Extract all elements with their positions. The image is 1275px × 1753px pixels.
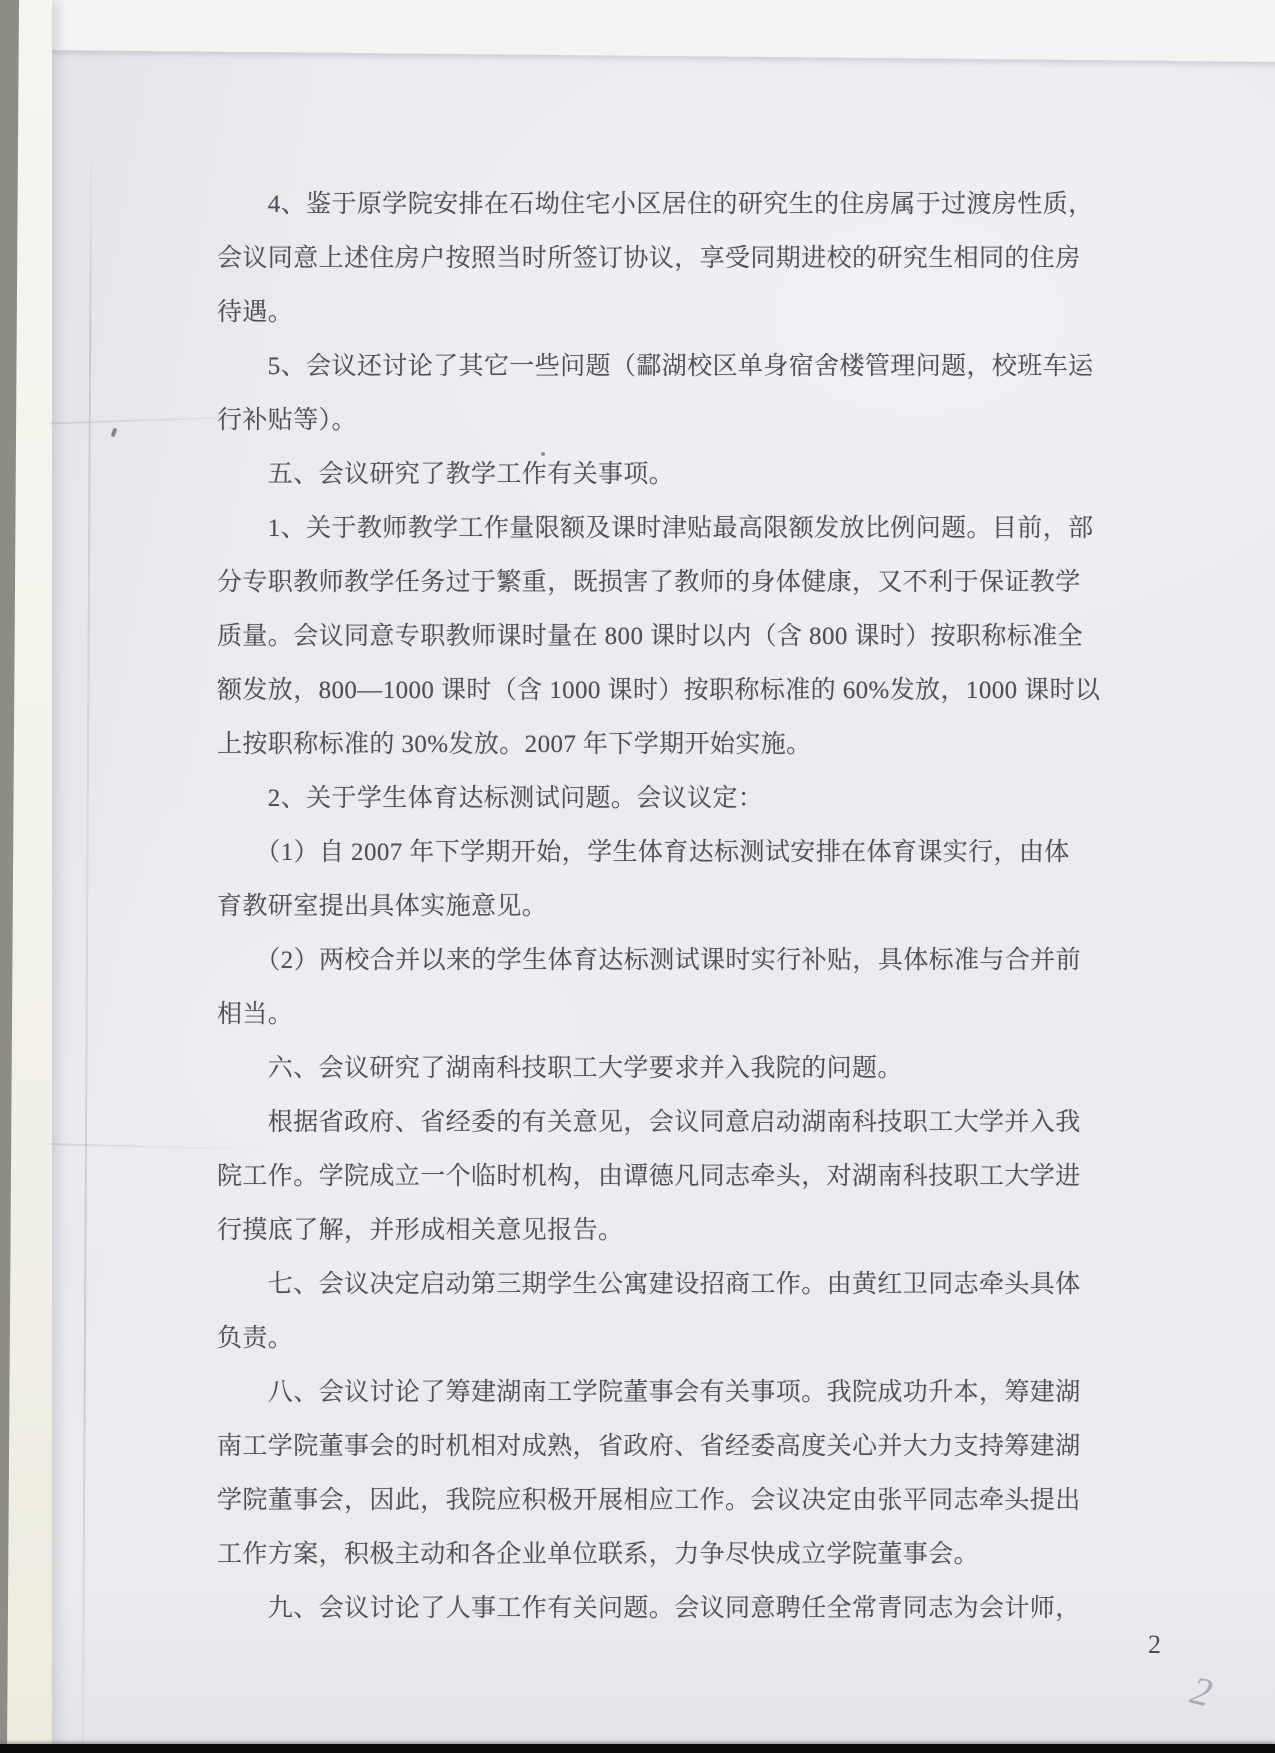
text-line: 七、会议决定启动第三期学生公寓建设招商工作。由黄红卫同志牵头具体 <box>217 1258 1097 1312</box>
text-line: 育教研室提出具体实施意见。 <box>217 880 1097 934</box>
text-line: 1、关于教师教学工作量限额及课时津贴最高限额发放比例问题。目前，部 <box>217 502 1097 556</box>
document-text: 4、鉴于原学院安排在石坳住宅小区居住的研究生的住房属于过渡房性质， 会议同意上述… <box>217 178 1097 1636</box>
handwritten-pencil-mark: 2 <box>1183 1667 1222 1715</box>
text-line: 学院董事会，因此，我院应积极开展相应工作。会议决定由张平同志牵头提出 <box>217 1474 1097 1528</box>
text-line: 2、关于学生体育达标测试问题。会议议定： <box>217 772 1097 826</box>
text-line: 待遇。 <box>217 286 1097 340</box>
text-line: 六、会议研究了湖南科技职工大学要求并入我院的问题。 <box>217 1042 1097 1096</box>
paper-crease-vertical <box>82 140 92 1753</box>
text-line: （1）自 2007 年下学期开始，学生体育达标测试安排在体育课实行，由体 <box>217 826 1097 880</box>
text-line: （2）两校合并以来的学生体育达标测试课时实行补贴，具体标准与合并前 <box>217 934 1097 988</box>
text-line: 根据省政府、省经委的有关意见，会议同意启动湖南科技职工大学并入我 <box>217 1096 1097 1150</box>
text-line: 行摸底了解，并形成相关意见报告。 <box>217 1204 1097 1258</box>
text-line: 五、会议研究了教学工作有关事项。 <box>217 448 1097 502</box>
text-line: 九、会议讨论了人事工作有关问题。会议同意聘任全常青同志为会计师， <box>217 1582 1097 1636</box>
text-line: 分专职教师教学任务过于繁重，既损害了教师的身体健康，又不利于保证教学 <box>217 556 1097 610</box>
scan-top-edge <box>39 0 1275 62</box>
text-line: 4、鉴于原学院安排在石坳住宅小区居住的研究生的住房属于过渡房性质， <box>217 178 1097 232</box>
text-line: 额发放，800—1000 课时（含 1000 课时）按职称标准的 60%发放，1… <box>217 664 1097 718</box>
paper-speck <box>111 428 118 438</box>
text-line: 5、会议还讨论了其它一些问题（酃湖校区单身宿舍楼管理问题，校班车运 <box>217 340 1097 394</box>
text-line: 行补贴等）。 <box>217 394 1097 448</box>
text-line: 相当。 <box>217 988 1097 1042</box>
text-line: 南工学院董事会的时机相对成熟，省政府、省经委高度关心并大力支持筹建湖 <box>217 1420 1097 1474</box>
page-number: 2 <box>1148 1628 1161 1662</box>
text-line: 上按职称标准的 30%发放。2007 年下学期开始实施。 <box>217 718 1097 772</box>
scanned-document-page: 4、鉴于原学院安排在石坳住宅小区居住的研究生的住房属于过渡房性质， 会议同意上述… <box>0 0 1275 1753</box>
text-line: 负责。 <box>217 1312 1097 1366</box>
text-line: 八、会议讨论了筹建湖南工学院董事会有关事项。我院成功升本，筹建湖 <box>217 1366 1097 1420</box>
text-line: 质量。会议同意专职教师课时量在 800 课时以内（含 800 课时）按职称标准全 <box>217 610 1097 664</box>
text-line: 院工作。学院成立一个临时机构，由谭德凡同志牵头，对湖南科技职工大学进 <box>217 1150 1097 1204</box>
text-line: 工作方案，积极主动和各企业单位联系，力争尽快成立学院董事会。 <box>217 1528 1097 1582</box>
scan-bottom-edge <box>0 1744 1275 1753</box>
text-line: 会议同意上述住房户按照当时所签订协议，享受同期进校的研究生相同的住房 <box>217 232 1097 286</box>
